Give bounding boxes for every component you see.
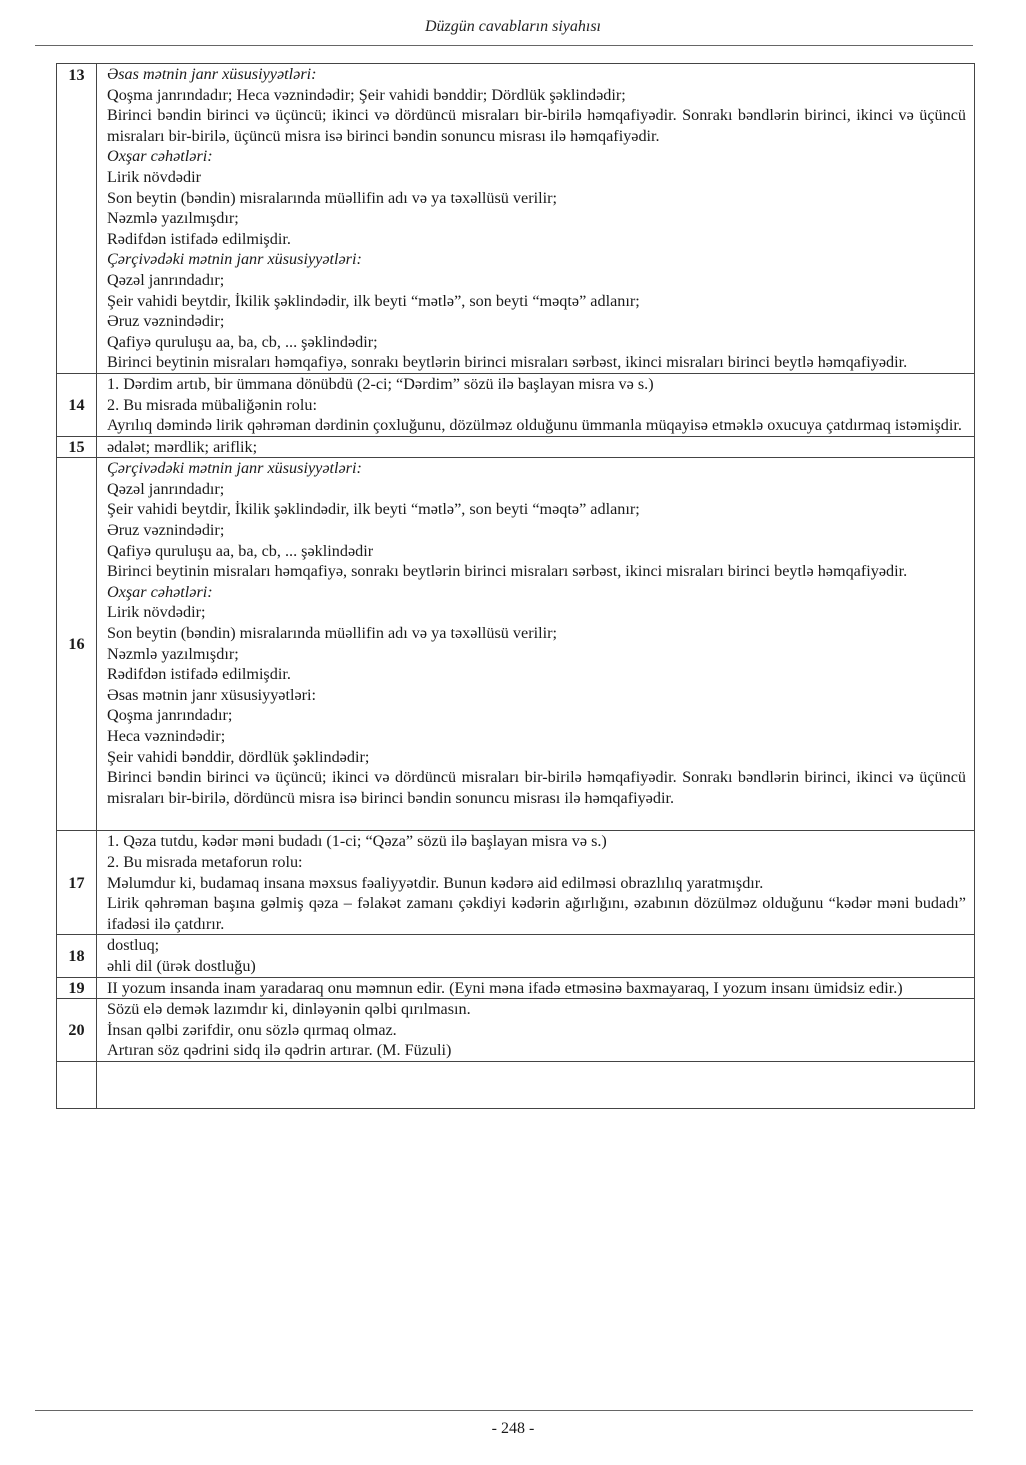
answer-line: Əruz vəznindədir; (107, 520, 966, 541)
answer-line: 2. Bu misrada mübaliğənin rolu: (107, 395, 966, 416)
answer-cell: dostluq;əhli dil (ürək dostluğu) (97, 935, 975, 977)
answer-cell: II yozum insanda inam yaradaraq onu məmn… (97, 977, 975, 999)
answer-row: 16Çərçivədəki mətnin janr xüsusiyyətləri… (57, 458, 975, 831)
answer-line: Birinci bəndin birinci və üçüncü; ikinci… (107, 767, 966, 808)
answer-line: Şeir vahidi beytdir, İkilik şəklindədir,… (107, 291, 966, 312)
answer-row: 20Sözü elə demək lazımdır ki, dinləyənin… (57, 999, 975, 1062)
answer-line: Rədifdən istifadə edilmişdir. (107, 664, 966, 685)
header-divider (35, 45, 973, 46)
question-number: 15 (57, 436, 97, 458)
question-number (57, 1061, 97, 1108)
answer-subheading: Oxşar cəhətləri: (107, 582, 966, 603)
answer-line: Nəzmlə yazılmışdır; (107, 644, 966, 665)
answer-line: Qəzəl janrındadır; (107, 270, 966, 291)
answer-line: Birinci bəndin birinci və üçüncü; ikinci… (107, 105, 966, 146)
answer-subheading: Çərçivədəki mətnin janr xüsusiyyətləri: (107, 249, 966, 270)
question-number: 18 (57, 935, 97, 977)
answer-line: Məlumdur ki, budamaq insana məxsus fəali… (107, 873, 966, 894)
answer-line: Lirik qəhrəman başına gəlmiş qəza – fəla… (107, 893, 966, 934)
answer-line: 1. Dərdim artıb, bir ümmana dönübdü (2-c… (107, 374, 966, 395)
answer-row: 141. Dərdim artıb, bir ümmana dönübdü (2… (57, 373, 975, 436)
question-number: 16 (57, 458, 97, 831)
answer-line: Qafiyə quruluşu aa, ba, cb, ... şəklində… (107, 541, 966, 562)
answer-line: Əruz vəznindədir; (107, 311, 966, 332)
answer-line: 2. Bu misrada metaforun rolu: (107, 852, 966, 873)
answer-line: Şeir vahidi beytdir, İkilik şəklindədir,… (107, 499, 966, 520)
answer-row: 19II yozum insanda inam yaradaraq onu mə… (57, 977, 975, 999)
answer-line: Nəzmlə yazılmışdır; (107, 208, 966, 229)
answer-row: 13Əsas mətnin janr xüsusiyyətləri:Qoşma … (57, 64, 975, 374)
answer-row: 15ədalət; mərdlik; ariflik; (57, 436, 975, 458)
answer-subheading: Oxşar cəhətləri: (107, 146, 966, 167)
answer-cell: 1. Dərdim artıb, bir ümmana dönübdü (2-c… (97, 373, 975, 436)
answer-line: Şeir vahidi bənddir, dördlük şəklindədir… (107, 747, 966, 768)
answer-row: 18dostluq;əhli dil (ürək dostluğu) (57, 935, 975, 977)
answer-line: Heca vəznindədir; (107, 726, 966, 747)
answer-cell: Sözü elə demək lazımdır ki, dinləyənin q… (97, 999, 975, 1062)
answer-line: Son beytin (bəndin) misralarında müəllif… (107, 188, 966, 209)
footer-divider (35, 1410, 973, 1411)
answer-line: Birinci beytinin misraları həmqafiyə, so… (107, 352, 966, 373)
answer-subheading: Çərçivədəki mətnin janr xüsusiyyətləri: (107, 458, 966, 479)
answer-line: Birinci beytinin misraları həmqafiyə, so… (107, 561, 966, 582)
question-number: 17 (57, 831, 97, 935)
answer-cell: 1. Qəza tutdu, kədər məni budadı (1-ci; … (97, 831, 975, 935)
answer-cell: Əsas mətnin janr xüsusiyyətləri:Qoşma ja… (97, 64, 975, 374)
answer-line: II yozum insanda inam yaradaraq onu məmn… (107, 978, 966, 999)
answer-row (57, 1061, 975, 1108)
question-number: 14 (57, 373, 97, 436)
answer-row: 171. Qəza tutdu, kədər məni budadı (1-ci… (57, 831, 975, 935)
answer-line: əhli dil (ürək dostluğu) (107, 956, 966, 977)
answer-line: Rədifdən istifadə edilmişdir. (107, 229, 966, 250)
answer-line: ədalət; mərdlik; ariflik; (107, 437, 966, 458)
answer-line: Lirik növdədir (107, 167, 966, 188)
answer-cell (97, 1061, 975, 1108)
answer-line: Ayrılıq dəmində lirik qəhrəman dərdinin … (107, 415, 966, 436)
answer-cell: Çərçivədəki mətnin janr xüsusiyyətləri:Q… (97, 458, 975, 831)
answer-line: Lirik növdədir; (107, 602, 966, 623)
answer-line: 1. Qəza tutdu, kədər məni budadı (1-ci; … (107, 831, 966, 852)
page-number: - 248 - (0, 1420, 1026, 1438)
answer-line: Artıran söz qədrini sidq ilə qədrin artı… (107, 1040, 966, 1061)
answer-line: Son beytin (bəndin) misralarında müəllif… (107, 623, 966, 644)
answer-line: Qoşma janrındadır; (107, 705, 966, 726)
question-number: 19 (57, 977, 97, 999)
answer-line: dostluq; (107, 935, 966, 956)
answer-line: İnsan qəlbi zərifdir, onu sözlə qırmaq o… (107, 1020, 966, 1041)
page-header-title: Düzgün cavabların siyahısı (0, 18, 1026, 36)
answer-cell: ədalət; mərdlik; ariflik; (97, 436, 975, 458)
answer-line: Sözü elə demək lazımdır ki, dinləyənin q… (107, 999, 966, 1020)
answer-line: Qoşma janrındadır; Heca vəznindədir; Şei… (107, 85, 966, 106)
answers-table: 13Əsas mətnin janr xüsusiyyətləri:Qoşma … (56, 63, 975, 1109)
answer-line: Qəzəl janrındadır; (107, 479, 966, 500)
question-number: 13 (57, 64, 97, 374)
answer-line: Qafiyə quruluşu aa, ba, cb, ... şəklində… (107, 332, 966, 353)
answer-subheading: Əsas mətnin janr xüsusiyyətləri: (107, 64, 966, 85)
question-number: 20 (57, 999, 97, 1062)
answers-table-body: 13Əsas mətnin janr xüsusiyyətləri:Qoşma … (57, 64, 975, 1109)
answer-line: Əsas mətnin janr xüsusiyyətləri: (107, 685, 966, 706)
